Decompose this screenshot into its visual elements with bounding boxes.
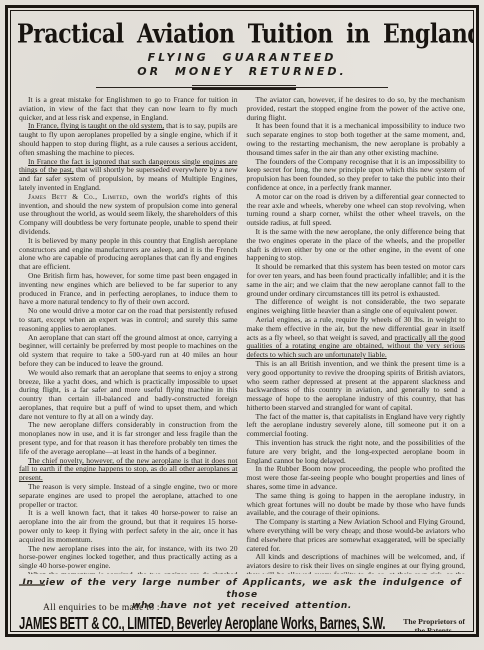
paragraph: The reason is very simple. Instead of a … [19,483,238,509]
paragraph: The new aeroplane rises into the air, fo… [19,545,238,571]
paragraph: One British firm has, however, for some … [19,272,238,307]
text-run: The same thing is going to happen in the… [247,491,466,518]
text-run: It is believed by many people in this co… [19,236,238,271]
proprietors-line-1: The Proprietors of [403,617,465,626]
text-run: An aeroplane that can start off the grou… [19,333,238,368]
paragraph: We would also remark that an aeroplane t… [19,369,238,422]
text-run: James Bett & Co., Limited, [28,192,129,201]
paragraph: It is the same with the new aeroplane, t… [247,228,466,263]
section-divider [96,84,388,90]
subtitle-line-1: FLYING GUARANTEED [17,51,467,65]
paragraph: The founders of the Company recognise th… [247,158,466,193]
text-run: The new aeroplane differs considerably i… [19,420,238,455]
text-run: It is a great mistake for Englishmen to … [19,95,238,122]
applicants-notice: In view of the very large number of Appl… [17,578,467,613]
subtitle: FLYING GUARANTEED OR MONEY RETURNED. [17,51,467,79]
text-run: In the Rubber Boom now proceeding, the p… [247,464,466,491]
paragraph: The Company is starting a New Aviation S… [247,518,466,553]
text-run: The aviator can, however, if he desires … [247,95,466,122]
text-run: It is the same with the new aeroplane, t… [247,227,466,262]
left-column: It is a great mistake for Englishmen to … [19,96,238,574]
newspaper-page: { "colors": { "paper": "#e6e3dd", "ink":… [0,0,484,650]
text-run: This invention has struck the right note… [247,438,466,465]
paragraph: The fact of the matter is, that capitali… [247,413,466,439]
paragraph: No one would drive a motor car on the ro… [19,307,238,333]
paragraph: It is a great mistake for Englishmen to … [19,96,238,122]
paragraph: In the Rubber Boom now proceeding, the p… [247,465,466,491]
advertisement-inner-border: Practical Aviation Tuition in England. F… [10,10,474,632]
margin-dash [19,584,45,586]
advertisement-frame: Practical Aviation Tuition in England. F… [5,5,479,637]
paragraph: James Bett & Co., Limited, own the world… [19,193,238,237]
paragraph: The new aeroplane differs considerably i… [19,421,238,456]
text-run: It is a well known fact, that it takes 4… [19,508,238,543]
paragraph: The same thing is going to happen in the… [247,492,466,518]
divider-rule-top [192,85,296,86]
text-run: The chief novelty, however, of the new a… [19,456,238,483]
text-run: In France, flying is taught on the old s… [28,121,164,130]
right-column: The aviator can, however, if he desires … [247,96,466,574]
subtitle-line-2: OR MONEY RETURNED. [17,65,467,79]
text-run: The Company is starting a New Aviation S… [247,517,466,552]
text-run: It should be remarked that this system h… [247,262,466,297]
paragraph: The aviator can, however, if he desires … [247,96,466,122]
notice-line-1: In view of the very large number of Appl… [17,578,467,601]
paragraph: This is an all British invention, and we… [247,360,466,413]
text-run: We would also remark that an aeroplane t… [19,368,238,421]
notice-line-2: who have not yet received attention. [17,601,467,613]
text-run: All kinds and descriptions of machines w… [247,552,466,574]
paragraph: All kinds and descriptions of machines w… [247,553,466,574]
text-run: The reason is very simple. Instead of a … [19,482,238,509]
paragraph: An aeroplane that can start off the grou… [19,334,238,369]
proprietors-line-2: — the Patents. — [403,626,465,632]
text-run: The new aeroplane rises into the air, fo… [19,544,238,571]
paragraph: It is believed by many people in this co… [19,237,238,272]
company-name: JAMES BETT & CO., LIMITED, Beverley Aero… [19,614,385,632]
applicants-notice-row: In view of the very large number of Appl… [17,578,467,602]
divider-rule-thick [192,88,296,90]
paragraph: It should be remarked that this system h… [247,263,466,298]
text-run: The fact of the matter is, that capitali… [247,412,466,439]
paragraph: It is a well known fact, that it takes 4… [19,509,238,544]
text-run: It has been found that it is a mechanica… [247,121,466,156]
paragraph: It has been found that it is a mechanica… [247,122,466,157]
text-run: No one would drive a motor car on the ro… [19,306,238,333]
paragraph: The chief novelty, however, of the new a… [19,457,238,483]
body-text: It is a great mistake for Englishmen to … [17,95,467,574]
paragraph: A motor car on the road is driven by a d… [247,193,466,228]
paragraph: In France, flying is taught on the old s… [19,122,238,157]
text-run: The difference of weight is not consider… [247,297,466,315]
paragraph: In France the fact is ignored that such … [19,158,238,193]
paragraph: The difference of weight is not consider… [247,298,466,316]
proprietors-note: The Proprietors of — the Patents. — [403,617,465,632]
text-run: One British firm has, however, for some … [19,271,238,306]
paragraph: When the momentum is acquired, the two e… [19,571,238,574]
text-run: A motor car on the road is driven by a d… [247,192,466,227]
paragraph: This invention has struck the right note… [247,439,466,465]
text-run: When the momentum is acquired, the two e… [19,570,238,574]
text-run: The founders of the Company recognise th… [247,157,466,192]
paragraph: Aerial engines, as a rule, require fly w… [247,316,466,360]
company-signature-row: JAMES BETT & CO., LIMITED, Beverley Aero… [17,615,467,632]
text-run: This is an all British invention, and we… [247,359,466,412]
page-title: Practical Aviation Tuition in England. [17,19,467,50]
